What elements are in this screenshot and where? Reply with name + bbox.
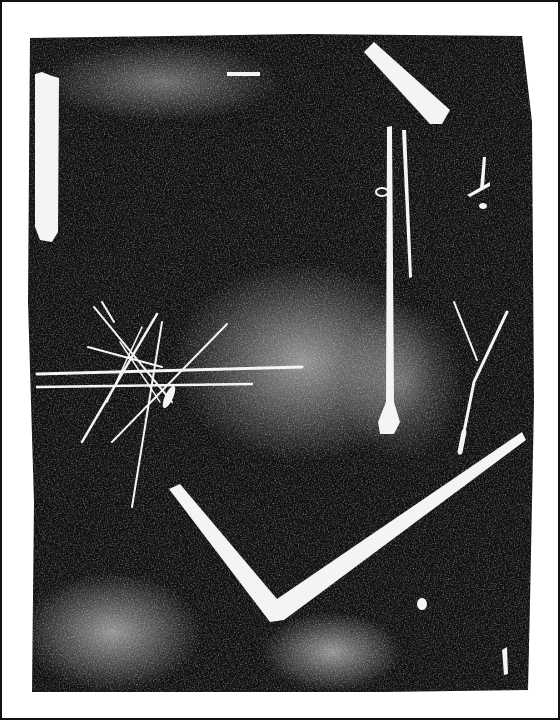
vertical-bar-left — [35, 72, 59, 242]
image-frame — [0, 0, 560, 720]
abstract-print — [2, 2, 560, 720]
